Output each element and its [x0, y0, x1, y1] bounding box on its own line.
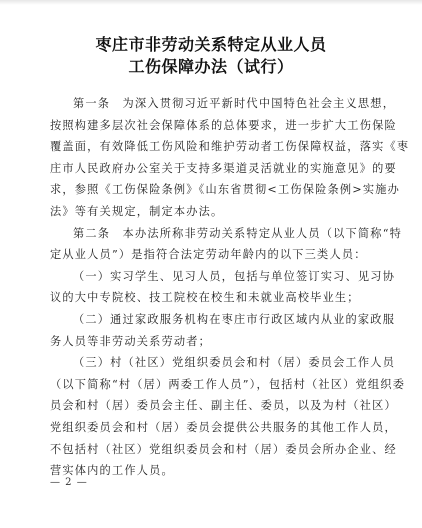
- body-text-line: 不包括村（社区）党组织委员会和村（居）委员会所办企业、经: [50, 439, 372, 461]
- body-text-line: 庄市人民政府办公室关于支持多渠道灵活就业的实施意见》的要: [50, 158, 372, 180]
- body-text-line: 法》等有关规定，制定本办法。: [50, 201, 372, 223]
- body-text-line: 第一条 为深入贯彻习近平新时代中国特色社会主义思想，: [50, 93, 372, 115]
- body-text-line: 按照构建多层次社会保障体系的总体要求，进一步扩大工伤保险: [50, 115, 372, 137]
- document-title-line-1: 枣庄市非劳动关系特定从业人员: [0, 32, 422, 55]
- body-text-line: 员会和村（居）委员会主任、副主任、委员，以及为村（社区）: [50, 395, 372, 417]
- body-text-line: 求，参照《工伤保险条例》《山东省贯彻<工伤保险条例>实施办: [50, 179, 372, 201]
- body-text-line: （一）实习学生、见习人员，包括与单位签订实习、见习协: [50, 266, 372, 288]
- body-text-line: 覆盖面，有效降低工伤风险和维护劳动者工伤保障权益，落实《枣: [50, 136, 372, 158]
- body-text-line: 党组织委员会和村（居）委员会提供公共服务的其他工作人员，: [50, 417, 372, 439]
- body-text-line: 务人员等非劳动关系劳动者；: [50, 331, 372, 353]
- page-top-edge: [0, 0, 422, 5]
- page-number: — 2 —: [50, 477, 88, 488]
- body-text-line: （以下简称“村（居）两委工作人员”），包括村（社区）党组织委: [50, 374, 372, 396]
- body-text-line: 议的大中专院校、技工院校在校生和未就业高校毕业生；: [50, 287, 372, 309]
- body-text-line: （二）通过家政服务机构在枣庄市行政区域内从业的家政服: [50, 309, 372, 331]
- body-text-line: 第二条 本办法所称非劳动关系特定从业人员（以下简称“特: [50, 223, 372, 245]
- body-text-line: （三）村（社区）党组织委员会和村（居）委员会工作人员: [50, 352, 372, 374]
- document-body: 第一条 为深入贯彻习近平新时代中国特色社会主义思想，按照构建多层次社会保障体系的…: [50, 93, 372, 482]
- body-text-line: 营实体内的工作人员。: [50, 460, 372, 482]
- body-text-line: 定从业人员”）是指符合法定劳动年龄内的以下三类人员：: [50, 244, 372, 266]
- document-title-line-2: 工伤保障办法（试行）: [0, 54, 422, 77]
